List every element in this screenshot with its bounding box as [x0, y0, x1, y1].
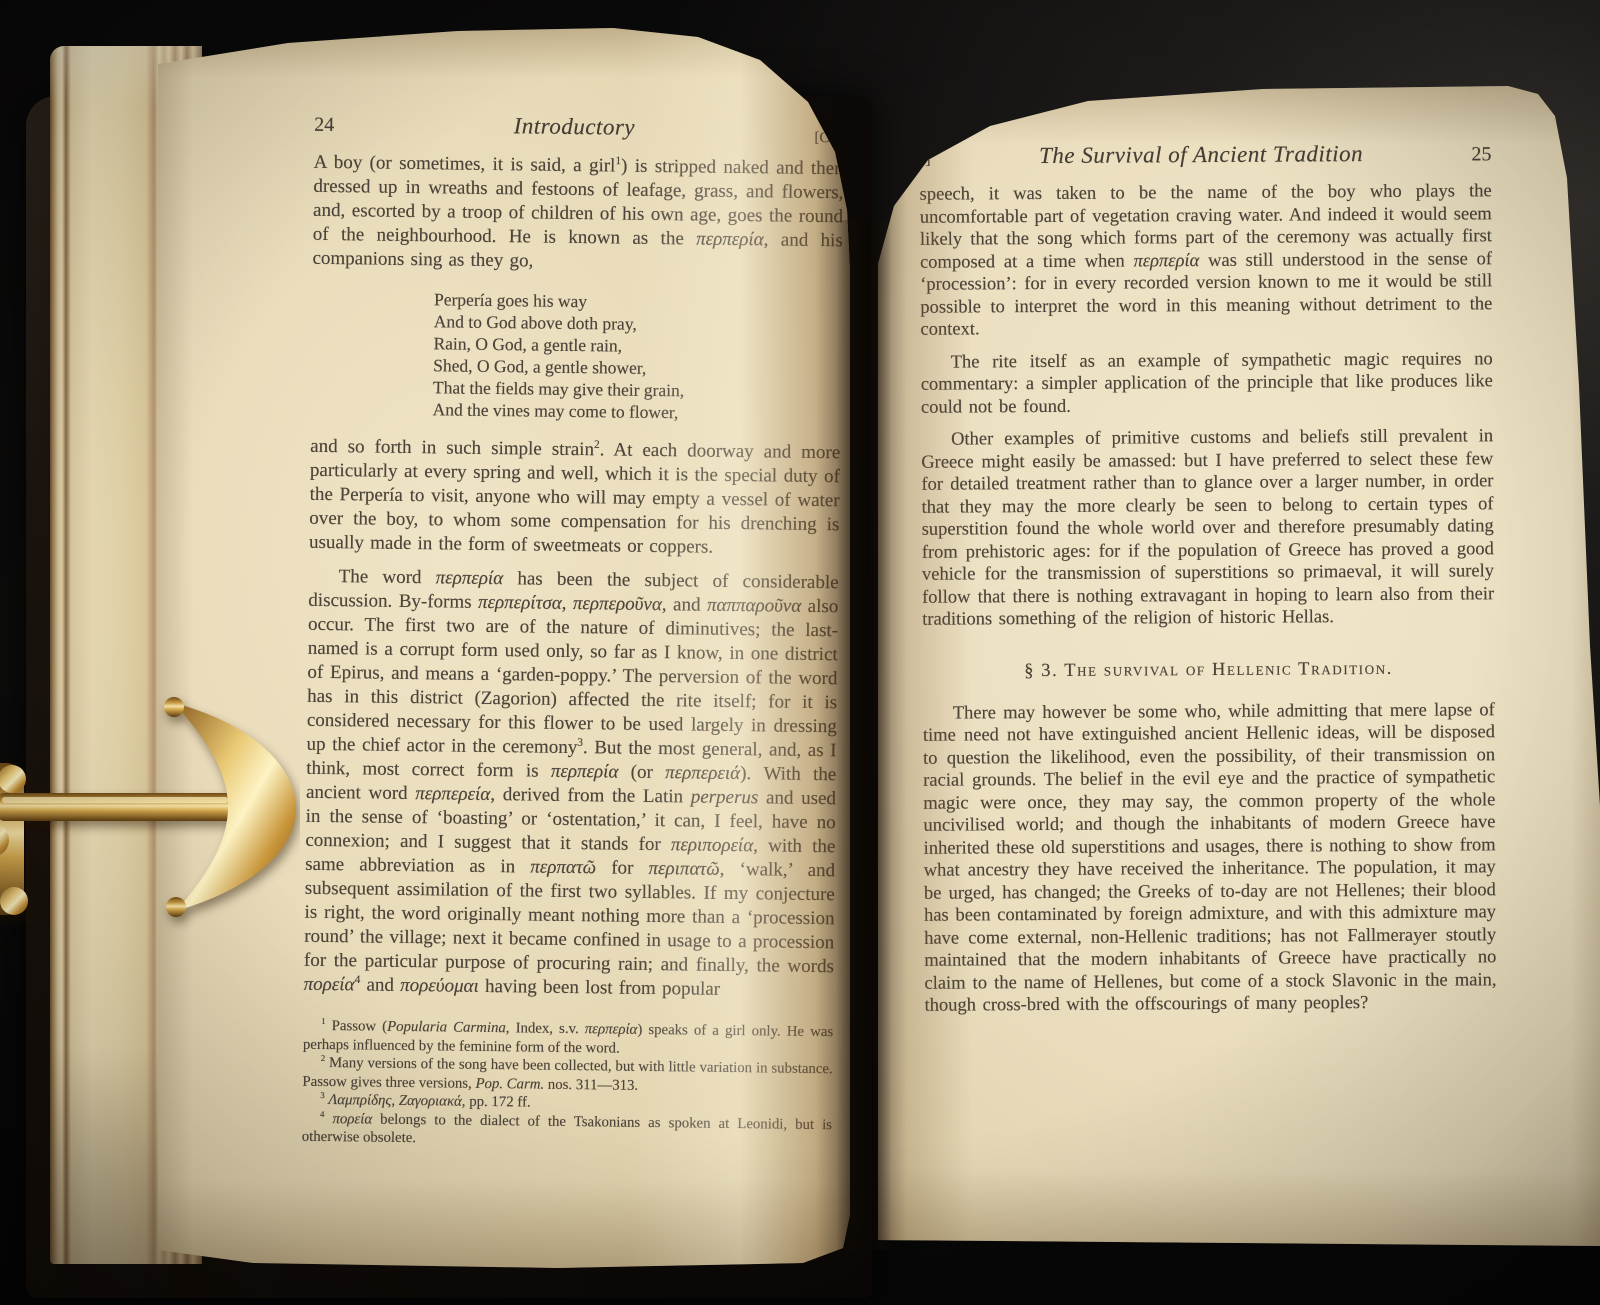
paragraph: The rite itself as an example of sympath… [921, 348, 1493, 419]
left-page: 24 Introductory [CH. A boy (or sometimes… [158, 28, 850, 1268]
paragraph: and so forth in such simple strain2. At … [309, 435, 840, 561]
left-running-head: Introductory [334, 111, 815, 143]
paragraph: Other examples of primitive customs and … [921, 425, 1494, 631]
right-running-head-row: I] The Survival of Ancient Tradition 25 [919, 140, 1491, 169]
right-page: I] The Survival of Ancient Tradition 25 … [878, 86, 1600, 1252]
right-running-head: The Survival of Ancient Tradition [931, 140, 1472, 169]
right-page-text: I] The Survival of Ancient Tradition 25 … [919, 140, 1496, 1017]
left-running-head-row: 24 Introductory [CH. [314, 111, 844, 143]
poem-line: And the vines may come to flower, [433, 398, 841, 425]
footnotes: 1 Passow (Popularia Carmina, Index, s.v.… [302, 1017, 834, 1153]
paragraph: A boy (or sometimes, it is said, a girl1… [312, 151, 843, 277]
book-photo: 24 Introductory [CH. A boy (or sometimes… [0, 0, 1600, 1305]
anchor-clasp-icon [0, 683, 300, 933]
footnote: 4 πορεία belongs to the dialect of the T… [302, 1109, 832, 1152]
paragraph: The word περπερία has been the subject o… [304, 565, 839, 1003]
signature-mark: I] [919, 149, 930, 169]
footnote: 1 Passow (Popularia Carmina, Index, s.v.… [303, 1017, 833, 1060]
paragraph: speech, it was taken to be the name of t… [920, 180, 1493, 341]
poem: Perpería goes his way And to God above d… [433, 288, 843, 425]
right-page-number: 25 [1471, 143, 1491, 166]
left-page-number: 24 [314, 114, 334, 137]
paragraph: There may however be some who, while adm… [923, 699, 1497, 1017]
footnote: 2 Many versions of the song have been co… [302, 1054, 832, 1097]
section-heading: § 3. The survival of Hellenic Tradition. [922, 658, 1494, 682]
left-page-text: 24 Introductory [CH. A boy (or sometimes… [302, 111, 845, 1153]
